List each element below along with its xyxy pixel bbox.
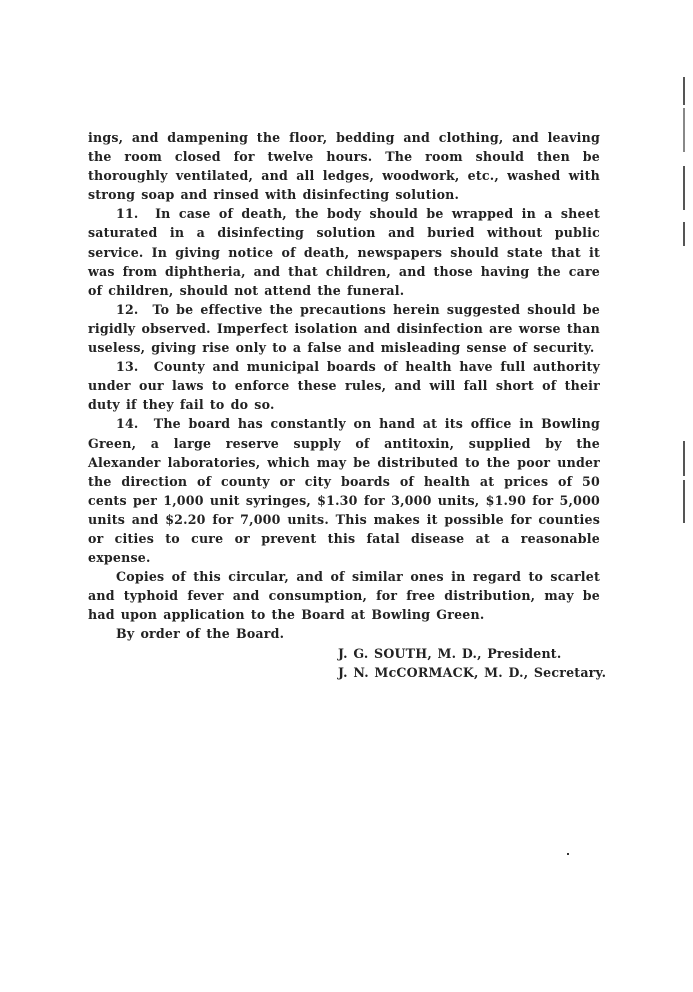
paragraph-number: 12. (116, 302, 139, 317)
paragraph-text: In case of death, the body should be wra… (88, 206, 600, 297)
signature-president: J. G. SOUTH, M. D., President. (338, 644, 600, 663)
paragraph-text: Copies of this circular, and of similar … (88, 569, 600, 622)
paragraph-item-12: 12. To be effective the precautions here… (88, 300, 600, 357)
signature-block: J. G. SOUTH, M. D., President. J. N. McC… (338, 644, 600, 682)
paragraph-text: The board has constantly on hand at its … (88, 416, 600, 565)
paragraph-continuation: ings, and dampening the floor, bedding a… (88, 128, 600, 204)
document-page: ings, and dampening the floor, bedding a… (88, 128, 600, 682)
scan-margin-mark (683, 166, 685, 210)
scan-speck (567, 853, 569, 855)
scan-margin-mark (683, 222, 685, 246)
scan-margin-mark (683, 108, 685, 152)
scan-margin-mark (683, 77, 685, 105)
paragraph-text: ings, and dampening the floor, bedding a… (88, 130, 600, 202)
paragraph-text: County and municipal boards of health ha… (88, 359, 600, 412)
signature-secretary: J. N. McCORMACK, M. D., Secretary. (338, 663, 600, 682)
paragraph-text: To be effective the precautions herein s… (88, 302, 600, 355)
scan-margin-mark (683, 480, 685, 523)
paragraph-text: By order of the Board. (116, 626, 284, 641)
paragraph-by-order: By order of the Board. (88, 624, 600, 643)
paragraph-number: 11. (116, 206, 139, 221)
paragraph-copies: Copies of this circular, and of similar … (88, 567, 600, 624)
scan-margin-mark (683, 441, 685, 476)
paragraph-item-13: 13. County and municipal boards of healt… (88, 357, 600, 414)
paragraph-number: 13. (116, 359, 139, 374)
paragraph-item-11: 11. In case of death, the body should be… (88, 204, 600, 299)
paragraph-item-14: 14. The board has constantly on hand at … (88, 414, 600, 567)
paragraph-number: 14. (116, 416, 139, 431)
